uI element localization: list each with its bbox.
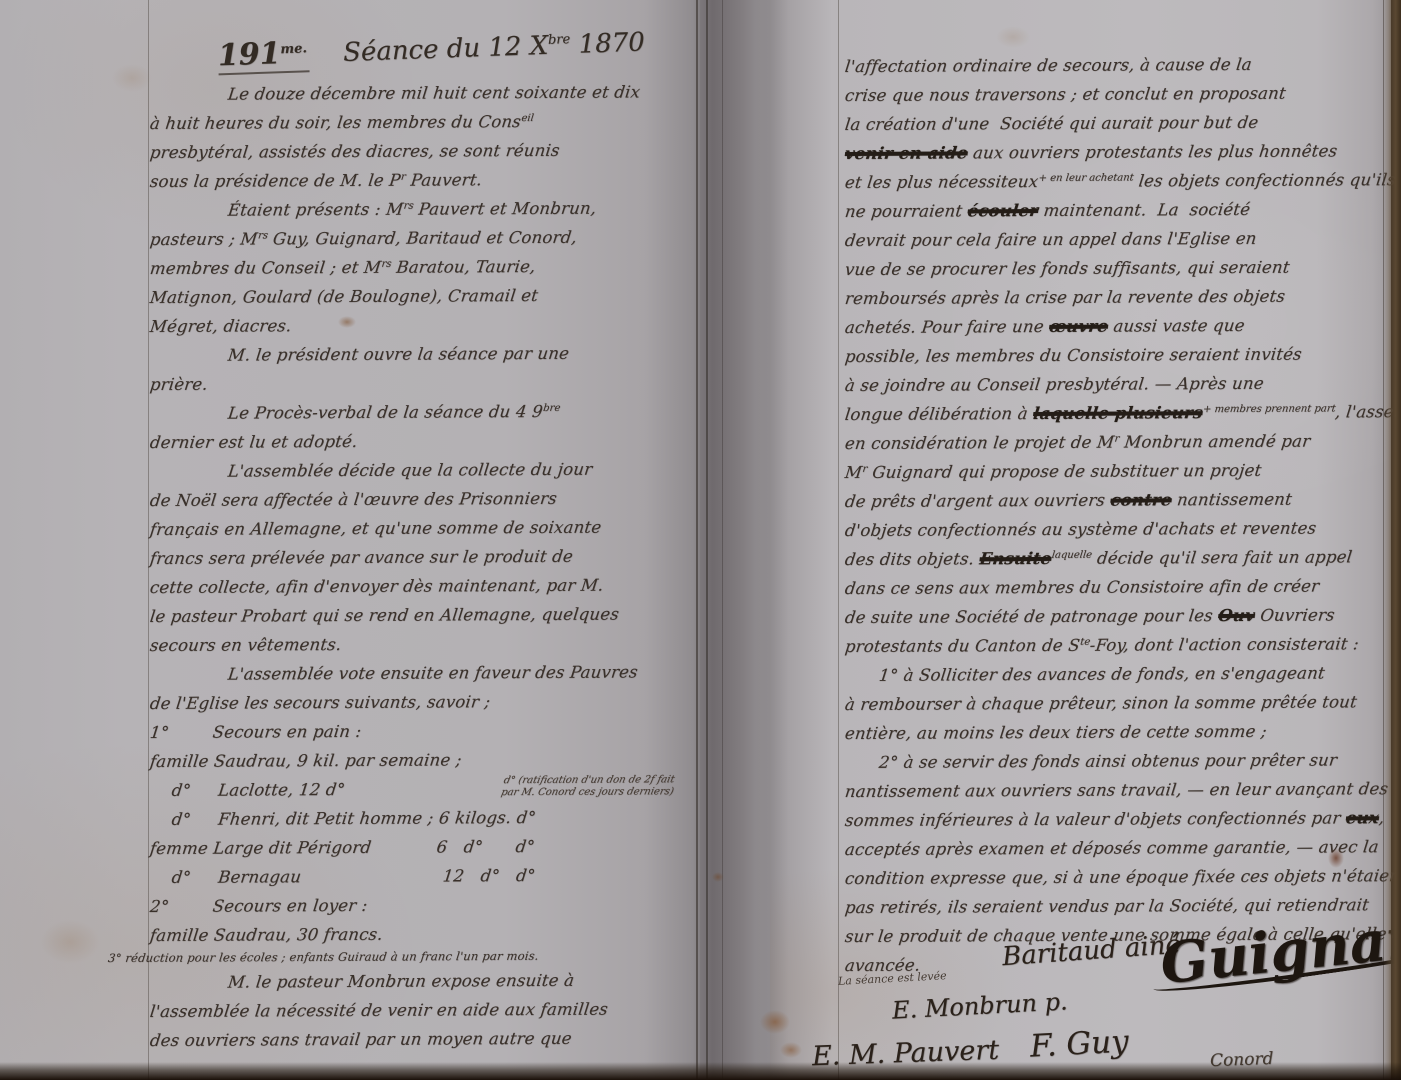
manuscript-line: devrait pour cela faire un appel dans l'… <box>843 223 1399 255</box>
manuscript-line: longue délibération à laquelle plusieurs… <box>843 397 1399 429</box>
manuscript-line: de prêts d'argent aux ouvriers contre na… <box>843 484 1399 516</box>
manuscript-line: cette collecte, afin d'envoyer dès maint… <box>148 570 700 602</box>
manuscript-line: sommes inférieures à la valeur d'objets … <box>843 803 1399 835</box>
manuscript-line: membres du Conseil ; et Mrs Baratou, Tau… <box>148 251 700 283</box>
manuscript-line: remboursés après la crise par la revente… <box>843 281 1399 313</box>
manuscript-line: L'assemblée vote ensuite en faveur des P… <box>148 657 700 689</box>
manuscript-line: à huit heures du soir, les membres du Co… <box>148 106 700 138</box>
seance-number: 191me. <box>217 35 309 75</box>
manuscript-line: M. le président ouvre la séance par une <box>148 338 700 370</box>
seance-number-suffix: me. <box>280 41 307 57</box>
manuscript-line: famille Saudrau, 30 francs. <box>148 918 700 950</box>
left-page-text: Le douze décembre mil huit cent soixante… <box>150 80 698 1055</box>
manuscript-line: Mégret, diacres. <box>148 309 700 341</box>
manuscript-line: à rembourser à chaque prêteur, sinon la … <box>843 687 1399 719</box>
signature-block: La séance est levée Baritaud ainéGuignar… <box>830 930 1390 1080</box>
manuscript-line: protestants du Canton de Ste-Foy, dont l… <box>843 629 1399 661</box>
manuscript-line: acceptés après examen et déposés comme g… <box>843 832 1399 864</box>
signature: F. Guy <box>1029 1023 1129 1064</box>
manuscript-line: dans ce sens aux membres du Consistoire … <box>843 571 1399 603</box>
manuscript-line: famille Saudrau, 9 kil. par semaine ; <box>148 744 700 776</box>
manuscript-line: des ouvriers sans travail par un moyen a… <box>148 1023 700 1055</box>
book-edge-bottom <box>0 1062 1401 1080</box>
manuscript-line: achetés. Pour faire une œuvre aussi vast… <box>843 310 1399 342</box>
manuscript-line: le pasteur Probart qui se rend en Allema… <box>148 599 700 631</box>
manuscript-line: l'affectation ordinaire de secours, à ca… <box>843 49 1399 81</box>
manuscript-line: prière. <box>148 367 700 399</box>
left-page: 191me.Séance du 12 Xbre 1870 Le douze dé… <box>0 0 700 1080</box>
manuscript-line: dernier est lu et adopté. <box>148 425 700 457</box>
manuscript-line: condition expresse que, si à une époque … <box>843 861 1399 893</box>
manuscript-line: femme Large dit Périgord 6 d° d° <box>148 831 700 863</box>
book-gutter <box>700 0 770 1080</box>
manuscript-line: à se joindre au Conseil presbytéral. — A… <box>843 368 1399 400</box>
manuscript-line: vue de se procurer les fonds suffisants,… <box>843 252 1399 284</box>
manuscript-line: francs sera prélevée par avance sur le p… <box>148 541 700 573</box>
manuscript-line: L'assemblée décide que la collecte du jo… <box>148 454 700 486</box>
right-page-text: l'affectation ordinaire de secours, à ca… <box>845 52 1397 980</box>
manuscript-line: Mr Guignard qui propose de substituer un… <box>843 455 1399 487</box>
manuscript-photo: 191me.Séance du 12 Xbre 1870 Le douze dé… <box>0 0 1401 1080</box>
manuscript-line: presbytéral, assistés des diacres, se so… <box>148 135 700 167</box>
manuscript-line: Étaient présents : Mrs Pauvert et Monbru… <box>148 193 700 225</box>
seance-title: Séance du 12 Xbre 1870 <box>343 27 646 68</box>
manuscript-line: secours en vêtements. <box>148 628 700 660</box>
manuscript-line: de suite une Société de patronage pour l… <box>843 600 1399 632</box>
signature: E. Monbrun p. <box>891 987 1068 1024</box>
manuscript-line: d° Bernagau 12 d° d° <box>148 860 700 892</box>
right-margin-rule <box>838 0 839 1080</box>
seance-heading: 191me.Séance du 12 Xbre 1870 <box>217 22 698 85</box>
signature: Baritaud ainé <box>1001 930 1182 972</box>
manuscript-line: en considération le projet de Mr Monbrun… <box>843 426 1399 458</box>
manuscript-line: pasteurs ; Mrs Guy, Guignard, Baritaud e… <box>148 222 700 254</box>
manuscript-line: d° Laclotte, 12 d°d° (ratification d'un … <box>148 773 700 805</box>
seance-number-value: 191 <box>217 36 281 73</box>
manuscript-line: l'assemblée la nécessité de venir en aid… <box>148 994 700 1026</box>
manuscript-line: 1° Secours en pain : <box>148 715 700 747</box>
manuscript-line: d'objets confectionnés au système d'acha… <box>843 513 1399 545</box>
manuscript-line: des dits objets. Ensuitelaquelle décide … <box>843 542 1399 574</box>
manuscript-line: 1° à Solliciter des avances de fonds, en… <box>843 658 1399 690</box>
book-edge-right <box>1383 0 1401 1080</box>
manuscript-line: de Noël sera affectée à l'œuvre des Pris… <box>148 483 700 515</box>
right-page: l'affectation ordinaire de secours, à ca… <box>770 0 1391 1080</box>
manuscript-line: venir en aide aux ouvriers protestants l… <box>843 136 1399 168</box>
closing-note: La séance est levée <box>838 969 947 988</box>
manuscript-line: de l'Eglise les secours suivants, savoir… <box>148 686 700 718</box>
manuscript-line: M. le pasteur Monbrun expose ensuite à <box>148 965 700 997</box>
manuscript-line: d° Fhenri, dit Petit homme ; 6 kilogs. d… <box>148 802 700 834</box>
manuscript-line: Le douze décembre mil huit cent soixante… <box>148 77 700 109</box>
manuscript-line: nantissement aux ouvriers sans travail, … <box>843 774 1399 806</box>
manuscript-line: 2° à se servir des fonds ainsi obtenus p… <box>843 745 1399 777</box>
marginal-note: d° (ratification d'un don de 2f fait par… <box>500 774 678 798</box>
manuscript-line: et les plus nécessiteux+ en leur achetan… <box>843 165 1399 197</box>
manuscript-line: Matignon, Goulard (de Boulogne), Cramail… <box>148 280 700 312</box>
manuscript-line: sous la présidence de M. le Pr Pauvert. <box>148 164 700 196</box>
manuscript-line: ne pourraient écouler maintenant. La soc… <box>843 194 1399 226</box>
manuscript-line: la création d'une Société qui aurait pou… <box>843 107 1399 139</box>
manuscript-line: Le Procès-verbal de la séance du 4 9bre <box>148 396 700 428</box>
manuscript-line: français en Allemagne, et qu'une somme d… <box>148 512 700 544</box>
manuscript-line: possible, les membres du Consistoire ser… <box>843 339 1399 371</box>
manuscript-line: 2° Secours en loyer : <box>148 889 700 921</box>
manuscript-line: crise que nous traversons ; et conclut e… <box>843 78 1399 110</box>
manuscript-line: entière, au moins les deux tiers de cett… <box>843 716 1399 748</box>
